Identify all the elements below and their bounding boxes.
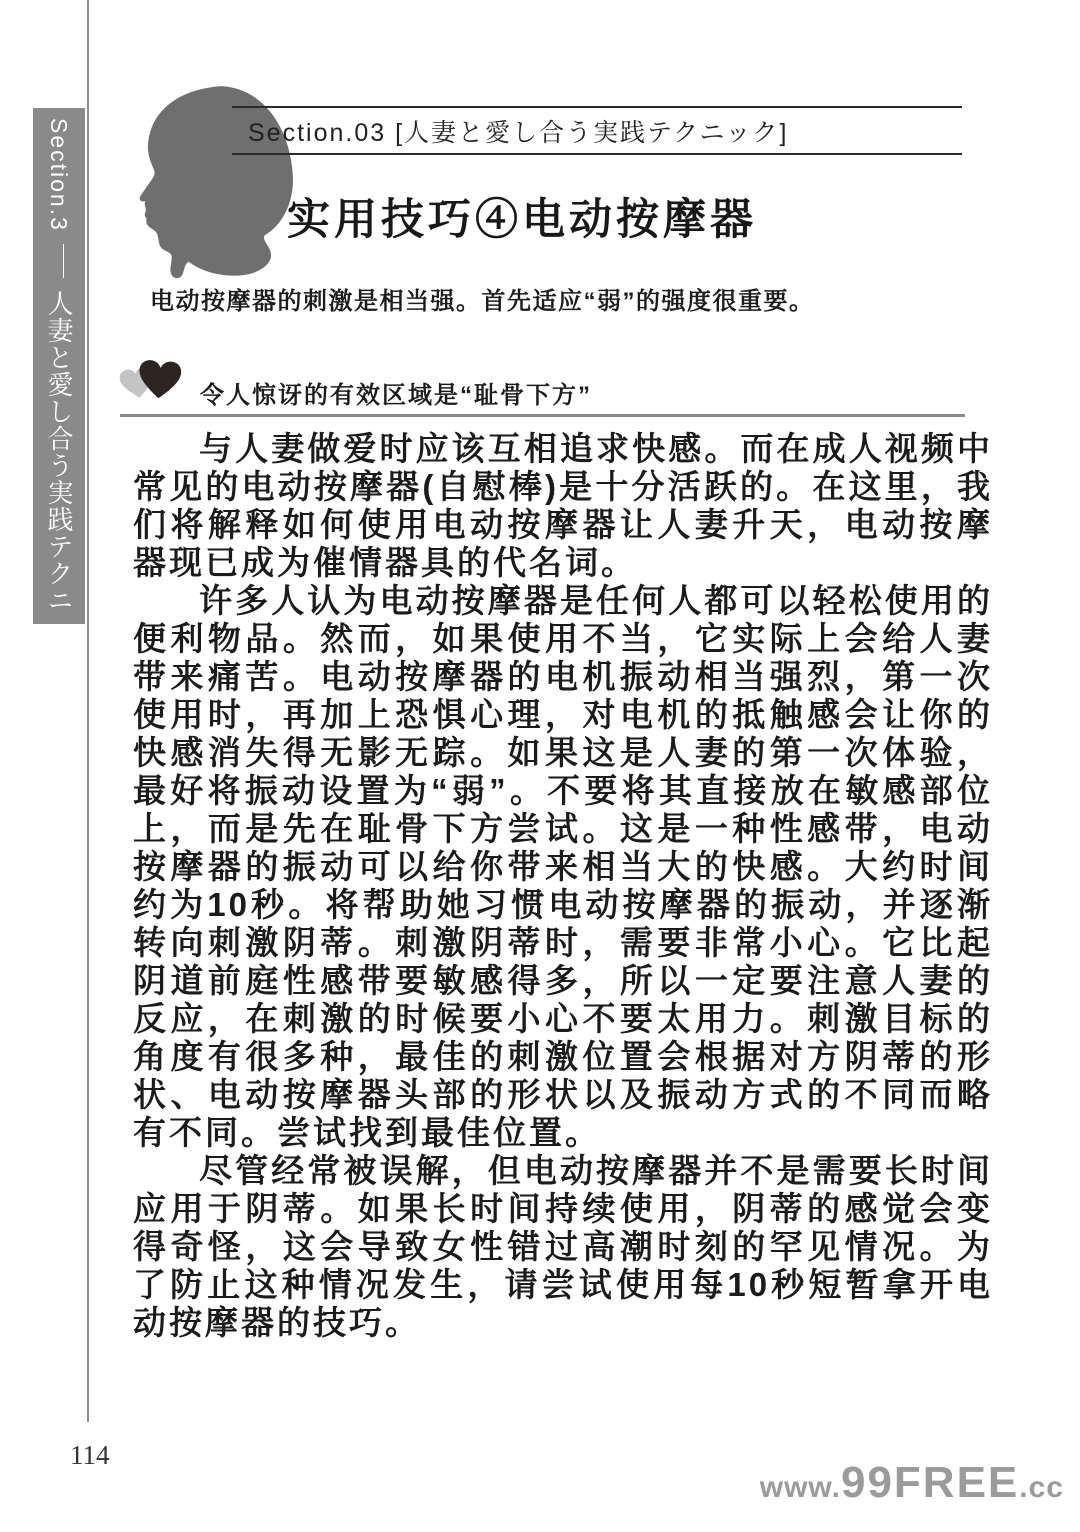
page-title: 实用技巧④电动按摩器 — [287, 186, 757, 247]
body-paragraph: 尽管经常被误解，但电动按摩器并不是需要长时间应用于阴蒂。如果长时间持续使用，阴蒂… — [133, 1152, 993, 1342]
sidebar-section-tab: Section.3人妻と愛し合う実践テクニック — [33, 108, 85, 624]
double-heart-icon — [118, 357, 194, 417]
page-edge-rule — [87, 0, 89, 1422]
body-paragraph: 许多人认为电动按摩器是任何人都可以轻松使用的便利物品。然而，如果使用不当，它实际… — [133, 582, 993, 1152]
sidebar-section-label: Section.3 — [46, 118, 72, 232]
section-kicker-band: Section.03 [人妻と愛し合う実践テクニック] — [232, 106, 962, 155]
page-number: 114 — [70, 1440, 110, 1471]
sidebar-divider — [63, 244, 64, 278]
scanned-book-page: Section.3人妻と愛し合う実践テクニック Section.03 [人妻と愛… — [0, 0, 1080, 1532]
section-kicker: Section.03 [人妻と愛し合う実践テクニック] — [248, 113, 788, 149]
watermark-brand: 99FREE — [841, 1458, 1019, 1508]
section-heading: 令人惊讶的有效区域是“耻骨下方” — [200, 375, 592, 410]
watermark-prefix: www. — [760, 1471, 841, 1505]
watermark-suffix: .cc — [1019, 1471, 1064, 1505]
body-text: 与人妻做爱时应该互相追求快感。而在成人视频中常见的电动按摩器(自慰棒)是十分活跃… — [133, 430, 993, 1342]
lead-text: 电动按摩器的刺激是相当强。首先适应“弱”的强度很重要。 — [150, 281, 815, 316]
section-rule — [120, 414, 965, 417]
body-paragraph: 与人妻做爱时应该互相追求快感。而在成人视频中常见的电动按摩器(自慰棒)是十分活跃… — [133, 430, 993, 582]
watermark: www.99FREE.cc — [760, 1458, 1064, 1508]
